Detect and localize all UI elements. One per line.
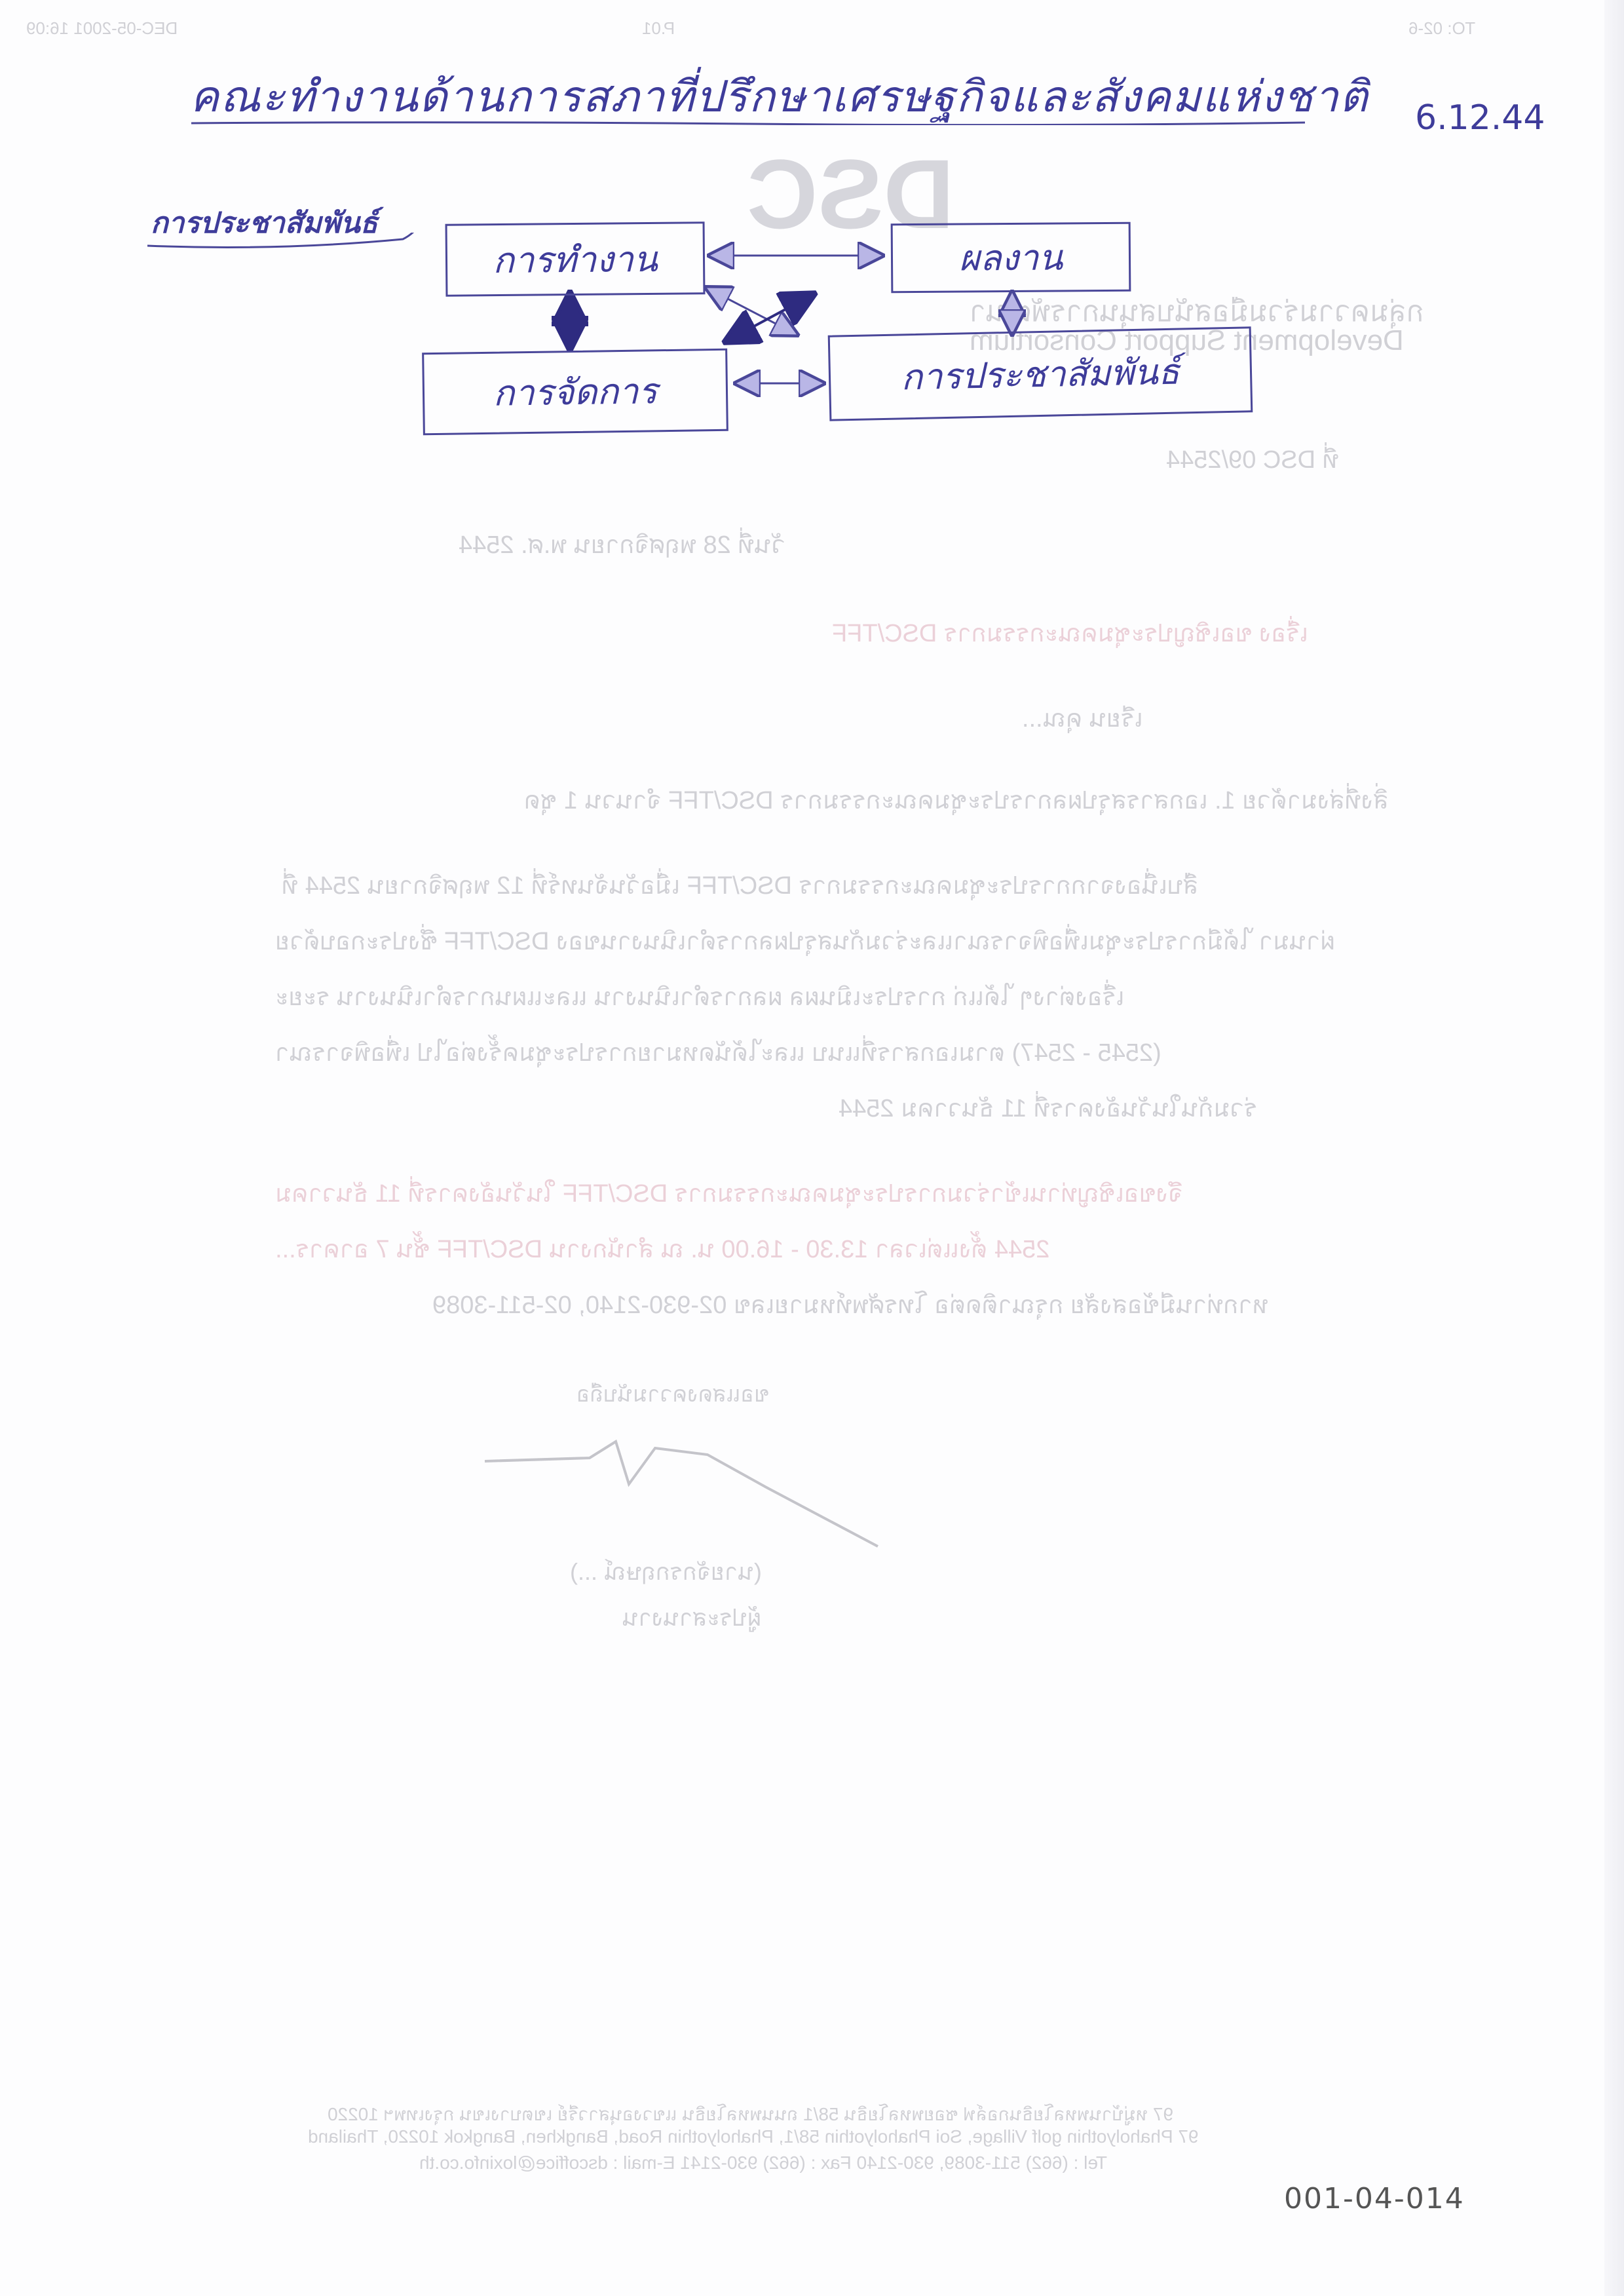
letter-subject: เรื่อง ขอเชิญประชุมคณะกรรมการ DSC/TFF [832,613,1308,653]
diagram-box-pr-label: การประชาสัมพันธ์ [900,343,1180,405]
letter-reference: ที่ DSC 09/2544 [1166,439,1339,479]
diagram-box-work: การทำงาน [445,221,706,296]
handwritten-date: 6.12.44 [1415,98,1545,138]
title-underline [191,121,1305,125]
fax-header-center: P.01 [642,18,675,39]
diagram-box-result: ผลงาน [891,222,1131,294]
signer-name: (นายจักรกฤษณ์ ...) [570,1553,762,1590]
diagram-box-work-label: การทำงาน [493,230,658,288]
letter-date: วันที่ 28 พฤศจิกายน พ.ศ. 2544 [459,524,785,564]
letter-enclosure: สิ่งที่ส่งมาด้วย 1. เอกสารสรุปผลการประชุ… [524,780,1388,820]
diagram-box-manage: การจัดการ [422,349,728,435]
letter-paragraph-line: (2545 - 2547) ตามเอกสารที่แนบ และได้นัดห… [275,1032,1161,1072]
footer-address-thai: 97 หมู่บ้านพหลโยธินกอล์ฟ ซอยพหลโยธิน 58/… [328,2100,1173,2129]
footer-address-english: 97 Phaholyothin golf Village, Soi Phahol… [308,2126,1199,2147]
paper-edge-shadow [1604,0,1624,2296]
letter-paragraph-line: สืบเนื่องจากการประชุมคณะกรรมการ DSC/TFF … [282,865,1198,905]
scanned-page: DEC-05-2001 16:09 P.01 TO: 02-6 DSC กลุ่… [0,0,1624,2296]
fax-header-left: DEC-05-2001 16:09 [26,18,178,39]
fax-header-right: TO: 02-6 [1408,18,1475,39]
letter-paragraph-line: เรื่องต่างๆ ได้แก่ การประเมินผล ผลการดำเ… [275,976,1124,1016]
handwritten-page-number: 001-04-014 [1284,2182,1465,2215]
side-label-underline [147,233,423,252]
fax-header: DEC-05-2001 16:09 P.01 TO: 02-6 [0,18,1624,45]
diagram-box-pr: การประชาสัมพันธ์ [828,326,1253,421]
letter-closing: ขอแสดงความนับถือ [576,1376,769,1411]
signature [459,1422,917,1553]
signer-title: ผู้ประสานงาน [622,1599,761,1636]
letter-paragraph-line: หากท่านมีข้อสงสัย กรุณาติดต่อ โทรศัพท์หม… [432,1284,1269,1324]
footer-contact: Tel : (662) 511-3089, 930-2140 Fax : (66… [419,2152,1107,2173]
diagram-box-manage-label: การจัดการ [493,362,658,421]
letter-paragraph-line: ผ่านมา ได้มีการประชุมเพื่อพิจารณาและร่วม… [275,921,1335,961]
diagram-box-result-label: ผลงาน [959,229,1063,286]
letter-recipient: เรียน คุณ... [1022,698,1143,738]
letter-paragraph-line: ร่วมกันในวันอังคารที่ 11 ธันวาคม 2544 [839,1088,1257,1128]
letter-paragraph-line: 2544 ตั้งแต่เวลา 13.30 - 16.00 น. ณ สำนั… [275,1229,1049,1269]
letter-paragraph-line: จึงขอเชิญท่านเข้าร่วมการประชุมคณะกรรมการ… [275,1173,1182,1213]
